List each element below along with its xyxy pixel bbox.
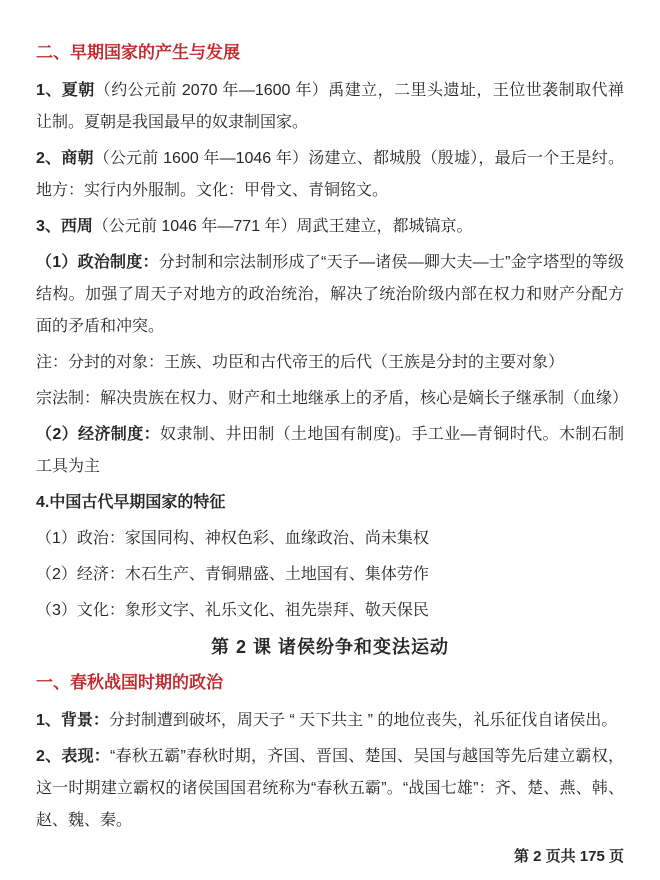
economic-system-label: （2）经济制度：	[36, 426, 160, 443]
xia-text: （约公元前 2070 年—1600 年）禹建立，二里头遗址，王位世袭制取代禅让制…	[36, 82, 624, 131]
para-feature-politics: （1）政治：家国同构、神权色彩、血缘政治、尚未集权	[36, 523, 624, 555]
para-feature-economy: （2）经济：木石生产、青铜鼎盛、土地国有、集体劳作	[36, 559, 624, 591]
para-xia-dynasty: 1、夏朝（约公元前 2070 年—1600 年）禹建立，二里头遗址，王位世袭制取…	[36, 75, 624, 139]
manifestation-text: “春秋五霸”春秋时期，齐国、晋国、楚国、吴国与越国等先后建立霸权，这一时期建立霸…	[36, 748, 624, 829]
political-system-label: （1）政治制度：	[36, 254, 159, 271]
document-page: 二、早期国家的产生与发展 1、夏朝（约公元前 2070 年—1600 年）禹建立…	[0, 0, 660, 880]
background-text: 分封制遭到破坏，周天子 “ 天下共主 ” 的地位丧失，礼乐征伐自诸侯出。	[109, 712, 617, 729]
features-heading: 4.中国古代早期国家的特征	[36, 487, 624, 519]
para-shang-dynasty: 2、商朝（公元前 1600 年—1046 年）汤建立、都城殷（殷墟），最后一个王…	[36, 143, 624, 207]
western-zhou-label: 3、西周	[36, 218, 93, 235]
para-political-system: （1）政治制度：分封制和宗法制形成了“天子—诸侯—卿大夫—士”金字塔型的等级结构…	[36, 247, 624, 343]
section-heading-early-states: 二、早期国家的产生与发展	[36, 37, 624, 69]
shang-label: 2、商朝	[36, 150, 94, 167]
xia-label: 1、夏朝	[36, 82, 95, 99]
western-zhou-text: （公元前 1046 年—771 年）周武王建立，都城镐京。	[93, 218, 473, 235]
para-western-zhou: 3、西周（公元前 1046 年—771 年）周武王建立，都城镐京。	[36, 211, 624, 243]
para-enfeoffment-note: 注：分封的对象：王族、功臣和古代帝王的后代（王族是分封的主要对象）	[36, 347, 624, 379]
para-zongfa-system: 宗法制：解决贵族在权力、财产和土地继承上的矛盾，核心是嫡长子继承制（血缘）	[36, 383, 624, 415]
shang-text: （公元前 1600 年—1046 年）汤建立、都城殷（殷墟），最后一个王是纣。地…	[36, 150, 624, 199]
manifestation-label: 2、表现：	[36, 748, 110, 765]
page-number-footer: 第 2 页共 175 页	[36, 841, 624, 873]
para-feature-culture: （3）文化：象形文字、礼乐文化、祖先崇拜、敬天保民	[36, 595, 624, 627]
section-heading-spring-autumn-politics: 一、春秋战国时期的政治	[36, 667, 624, 699]
para-background: 1、背景：分封制遭到破坏，周天子 “ 天下共主 ” 的地位丧失，礼乐征伐自诸侯出…	[36, 705, 624, 737]
para-economic-system: （2）经济制度：奴隶制、井田制（土地国有制度)。手工业—青铜时代。木制石制工具为…	[36, 419, 624, 483]
lesson-2-title: 第 2 课 诸侯纷争和变法运动	[36, 631, 624, 663]
para-manifestation: 2、表现：“春秋五霸”春秋时期，齐国、晋国、楚国、吴国与越国等先后建立霸权，这一…	[36, 741, 624, 837]
background-label: 1、背景：	[36, 712, 109, 729]
